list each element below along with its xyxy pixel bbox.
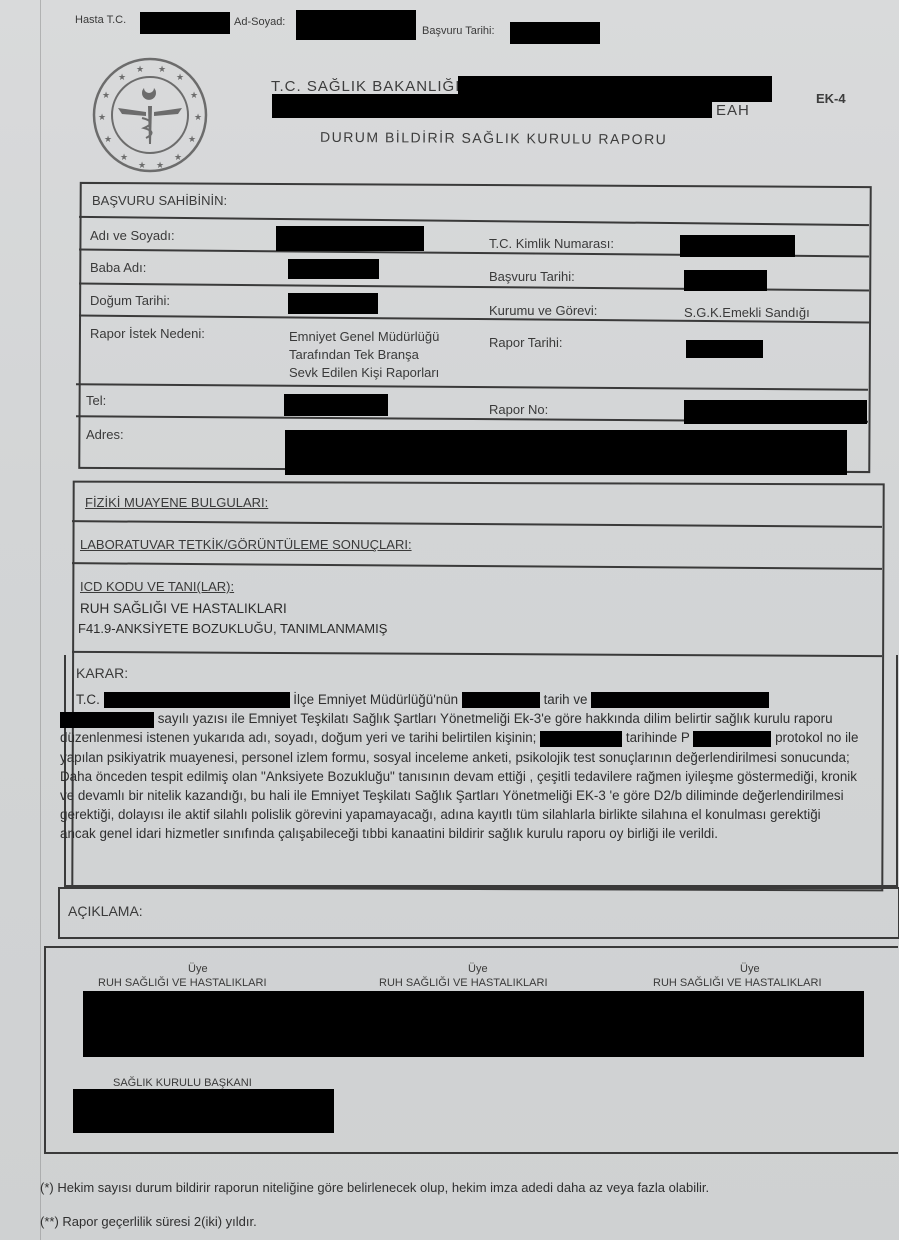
redacted-report-no	[684, 400, 867, 424]
member-2-department: RUH SAĞLIĞI VE HASTALIKLARI	[379, 977, 548, 989]
patient-tc-label: Hasta T.C.	[75, 14, 126, 26]
institution-value: S.G.K.Emekli Sandığı	[684, 305, 810, 320]
institution-label: Kurumu ve Görevi:	[489, 303, 597, 318]
decision-tc: T.C.	[76, 692, 100, 707]
redacted-letter-no-cont	[60, 712, 154, 728]
icd-diagnosis: F41.9-ANKSİYETE BOZUKLUĞU, TANIMLANMAMIŞ	[78, 621, 387, 636]
svg-text:★: ★	[138, 161, 146, 171]
redacted-application-date-field	[684, 270, 767, 291]
hospital-suffix: EAH	[716, 102, 750, 119]
decision-body-2: protokol no ile yapılan psikiyatrik muay…	[60, 730, 858, 841]
physical-exam-title: FİZİKİ MUAYENE BULGULARI:	[85, 495, 268, 510]
redacted-letter-date	[462, 692, 540, 708]
redacted-chair-signature	[73, 1089, 334, 1133]
member-1-role: Üye	[188, 963, 208, 975]
redacted-protocol-no	[693, 731, 771, 747]
ministry-of-health-seal-icon: ★★★★ ★★ ★★ ★★ ★★★★	[88, 56, 212, 174]
page-edge	[40, 0, 41, 1240]
phone-label: Tel:	[86, 393, 106, 408]
redacted-district	[104, 692, 290, 708]
redacted-birth-date	[288, 293, 378, 314]
decision-title: KARAR:	[76, 665, 128, 681]
redacted-phone	[284, 394, 388, 416]
address-label: Adres:	[86, 427, 124, 442]
svg-text:★: ★	[174, 153, 182, 163]
full-name-label: Adı ve Soyadı:	[90, 228, 175, 243]
report-no-label: Rapor No:	[489, 402, 548, 417]
svg-text:★: ★	[118, 73, 126, 83]
redacted-tc-id	[680, 235, 795, 257]
svg-text:★: ★	[158, 65, 166, 75]
redacted-application-date	[510, 22, 600, 44]
icd-title: ICD KODU VE TANI(LAR):	[80, 579, 234, 594]
redacted-letter-no	[591, 692, 769, 708]
footnote-1: (*) Hekim sayısı durum bildirir raporun …	[40, 1180, 709, 1195]
member-2-role: Üye	[468, 963, 488, 975]
svg-text:★: ★	[104, 135, 112, 145]
birth-date-label: Doğum Tarihi:	[90, 293, 170, 308]
member-1-department: RUH SAĞLIĞI VE HASTALIKLARI	[98, 977, 267, 989]
father-name-label: Baba Adı:	[90, 260, 146, 275]
application-date-field-label: Başvuru Tarihi:	[489, 269, 575, 284]
report-date-label: Rapor Tarihi:	[489, 335, 562, 350]
request-reason-line-1: Emniyet Genel Müdürlüğü	[289, 329, 439, 344]
name-label: Ad-Soyad:	[234, 16, 285, 28]
request-reason-line-2: Tarafından Tek Branşa	[289, 347, 419, 362]
redacted-hospital-name-2	[272, 94, 712, 118]
decision-exam-date-label: tarihinde P	[626, 730, 690, 745]
icd-department: RUH SAĞLIĞI VE HASTALIKLARI	[80, 601, 287, 616]
redacted-exam-date	[540, 731, 622, 747]
redacted-father-name	[288, 259, 379, 279]
tc-id-label: T.C. Kimlik Numarası:	[489, 236, 614, 251]
svg-text:★: ★	[102, 91, 110, 101]
svg-text:★: ★	[120, 153, 128, 163]
svg-text:★: ★	[98, 113, 106, 123]
svg-text:★: ★	[156, 161, 164, 171]
report-title: DURUM BİLDİRİR SAĞLIK KURULU RAPORU	[320, 129, 667, 147]
svg-text:★: ★	[136, 65, 144, 75]
svg-text:★: ★	[176, 73, 184, 83]
member-3-department: RUH SAĞLIĞI VE HASTALIKLARI	[653, 977, 822, 989]
svg-text:★: ★	[194, 113, 202, 123]
svg-text:★: ★	[188, 135, 196, 145]
explanation-title: AÇIKLAMA:	[68, 903, 143, 919]
redacted-patient-name	[296, 10, 416, 40]
lab-results-title: LABORATUVAR TETKİK/GÖRÜNTÜLEME SONUÇLARI…	[80, 537, 412, 552]
request-reason-label: Rapor İstek Nedeni:	[90, 326, 205, 341]
member-3-role: Üye	[740, 963, 760, 975]
document-page: Hasta T.C. Ad-Soyad: Başvuru Tarihi: ★★★…	[0, 0, 899, 1240]
chair-title: SAĞLIK KURULU BAŞKANI	[113, 1077, 252, 1089]
redacted-full-name	[276, 226, 424, 251]
footnote-2: (**) Rapor geçerlilik süresi 2(iki) yıld…	[40, 1214, 257, 1229]
svg-text:★: ★	[190, 91, 198, 101]
redacted-address	[285, 430, 847, 475]
applicant-section-title: BAŞVURU SAHİBİNİN:	[92, 193, 227, 208]
decision-district-office: İlçe Emniyet Müdürlüğü'nün	[293, 692, 458, 707]
explanation-box	[58, 887, 899, 939]
decision-date-and: tarih ve	[544, 692, 588, 707]
form-code: EK-4	[816, 91, 846, 106]
redacted-report-date	[686, 340, 763, 358]
ministry-title: T.C. SAĞLIK BAKANLIĞI	[271, 78, 460, 95]
redacted-member-signatures	[83, 991, 864, 1057]
application-date-label: Başvuru Tarihi:	[422, 25, 495, 37]
request-reason-line-3: Sevk Edilen Kişi Raporları	[289, 365, 439, 380]
redacted-patient-tc	[140, 12, 230, 34]
decision-text: T.C. İlçe Emniyet Müdürlüğü'nün tarih ve…	[60, 690, 860, 844]
